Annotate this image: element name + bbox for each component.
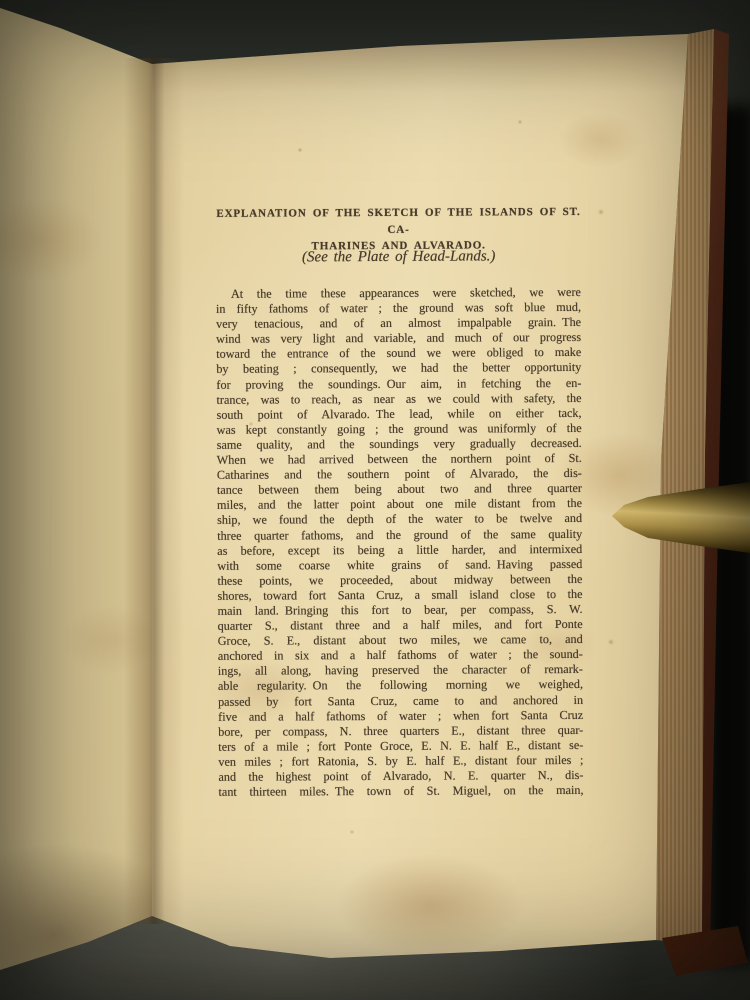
body-line: as before, except its being a little har…	[217, 542, 582, 559]
body-line: trance, was to reach, as near as we coul…	[216, 391, 581, 408]
body-line: these points, we proceeded, about midway…	[217, 572, 582, 589]
heading-line-1: EXPLANATION OF THE SKETCH OF THE ISLANDS…	[215, 204, 581, 239]
page-text: EXPLANATION OF THE SKETCH OF THE ISLANDS…	[0, 0, 750, 1000]
body-line: tant thirteen miles. The town of St. Mig…	[218, 783, 583, 800]
body-line: ters of a mile ; fort Ponte Groce, E. N.…	[218, 738, 583, 755]
body-line: ship, we found the depth of the water to…	[217, 511, 582, 528]
body-line: with some coarse white grains of sand. H…	[217, 557, 582, 574]
body-line: able regularity. On the following mornin…	[218, 677, 583, 694]
body-line: for proving the soundings. Our aim, in f…	[216, 375, 581, 392]
book-photograph: EXPLANATION OF THE SKETCH OF THE ISLANDS…	[0, 0, 750, 1000]
body-line: by beating ; consequently, we had the be…	[216, 360, 581, 377]
page-body: At the time these appearances were sketc…	[216, 285, 584, 800]
body-line: south point of Alvarado. The lead, while…	[217, 406, 582, 423]
page-subtitle: (See the Plate of Head-Lands.)	[216, 248, 582, 267]
body-line: three quarter fathoms, and the ground of…	[217, 526, 582, 543]
body-line: bore, per compass, N. three quarters E.,…	[218, 723, 583, 740]
body-line: passed by fort Santa Cruz, came to and a…	[218, 692, 583, 709]
body-line: five and a half fathoms of water ; when …	[218, 708, 583, 725]
